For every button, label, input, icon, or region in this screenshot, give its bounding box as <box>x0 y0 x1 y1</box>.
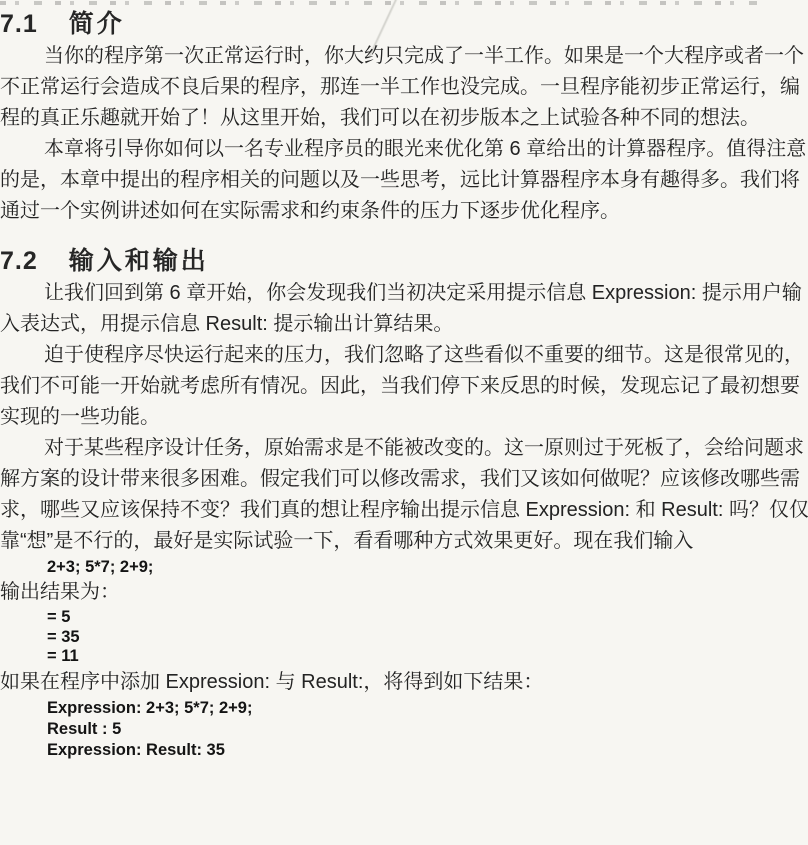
code-line: Result : 5 <box>47 719 808 740</box>
section-number: 7.1 <box>0 8 38 41</box>
body-line: 本章将引导你如何以一名专业程序员的眼光来优化第 6 章给出的计算器程序。值得注意 <box>0 134 808 165</box>
paragraph: 本章将引导你如何以一名专业程序员的眼光来优化第 6 章给出的计算器程序。值得注意… <box>0 134 808 227</box>
code-block-output: = 5= 35= 11 <box>0 608 808 667</box>
body-line: 求，哪些又应该保持不变？我们真的想让程序输出提示信息 Expression: 和… <box>0 495 808 526</box>
body-line: 通过一个实例讲述如何在实际需求和约束条件的压力下逐步优化程序。 <box>0 196 808 227</box>
body-line: 当你的程序第一次正常运行时，你大约只完成了一半工作。如果是一个大程序或者一个 <box>0 41 808 72</box>
body-line: 解方案的设计带来很多困难。假定我们可以修改需求，我们又该如何做呢？应该修改哪些需 <box>0 464 808 495</box>
section-heading-7-2: 7.2输入和输出 <box>0 245 808 278</box>
section-title: 输入和输出 <box>69 245 209 278</box>
body-line: 靠“想”是不行的，最好是实际试验一下，看看哪种方式效果更好。现在我们输入 <box>0 526 808 557</box>
paragraph: 让我们回到第 6 章开始，你会发现我们当初决定采用提示信息 Expression… <box>0 278 808 340</box>
body-line: 让我们回到第 6 章开始，你会发现我们当初决定采用提示信息 Expression… <box>0 278 808 309</box>
body-line: 程的真正乐趣就开始了！从这里开始，我们可以在初步版本之上试验各种不同的想法。 <box>0 103 808 134</box>
code-line: 2+3; 5*7; 2+9; <box>47 557 808 577</box>
code-line: Expression: 2+3; 5*7; 2+9; <box>47 698 808 719</box>
section-number: 7.2 <box>0 245 38 278</box>
section-title: 简介 <box>69 8 125 41</box>
body-line: 我们不可能一开始就考虑所有情况。因此，当我们停下来反思的时候，发现忘记了最初想要 <box>0 371 808 402</box>
body-line: 迫于使程序尽快运行起来的压力，我们忽略了这些看似不重要的细节。这是很常见的， <box>0 340 808 371</box>
book-page: 7.1简介 当你的程序第一次正常运行时，你大约只完成了一半工作。如果是一个大程序… <box>0 0 808 845</box>
paragraph: 如果在程序中添加 Expression: 与 Result:，将得到如下结果： <box>0 667 808 698</box>
body-line: 如果在程序中添加 Expression: 与 Result:，将得到如下结果： <box>0 667 808 698</box>
paragraph: 当你的程序第一次正常运行时，你大约只完成了一半工作。如果是一个大程序或者一个 不… <box>0 41 808 134</box>
body-line: 的是，本章中提出的程序相关的问题以及一些思考，远比计算器程序本身有趣得多。我们将 <box>0 165 808 196</box>
body-line: 不正常运行会造成不良后果的程序，那连一半工作也没完成。一旦程序能初步正常运行，编 <box>0 72 808 103</box>
body-line: 输出结果为： <box>0 577 808 608</box>
code-block-prompted-output: Expression: 2+3; 5*7; 2+9;Result : 5Expr… <box>0 698 808 761</box>
paragraph: 迫于使程序尽快运行起来的压力，我们忽略了这些看似不重要的细节。这是很常见的， 我… <box>0 340 808 433</box>
page-content: 7.1简介 当你的程序第一次正常运行时，你大约只完成了一半工作。如果是一个大程序… <box>0 8 808 761</box>
code-line: = 35 <box>47 628 808 648</box>
section-heading-7-1: 7.1简介 <box>0 8 808 41</box>
body-line: 实现的一些功能。 <box>0 402 808 433</box>
code-line: = 11 <box>47 647 808 667</box>
code-line: = 5 <box>47 608 808 628</box>
paragraph: 输出结果为： <box>0 577 808 608</box>
code-line: Expression: Result: 35 <box>47 740 808 761</box>
paragraph: 对于某些程序设计任务，原始需求是不能被改变的。这一原则过于死板了，会给问题求 解… <box>0 433 808 557</box>
scan-artifact-clipped-line <box>0 1 770 5</box>
code-block-input: 2+3; 5*7; 2+9; <box>0 557 808 577</box>
body-line: 对于某些程序设计任务，原始需求是不能被改变的。这一原则过于死板了，会给问题求 <box>0 433 808 464</box>
body-line: 入表达式，用提示信息 Result: 提示输出计算结果。 <box>0 309 808 340</box>
